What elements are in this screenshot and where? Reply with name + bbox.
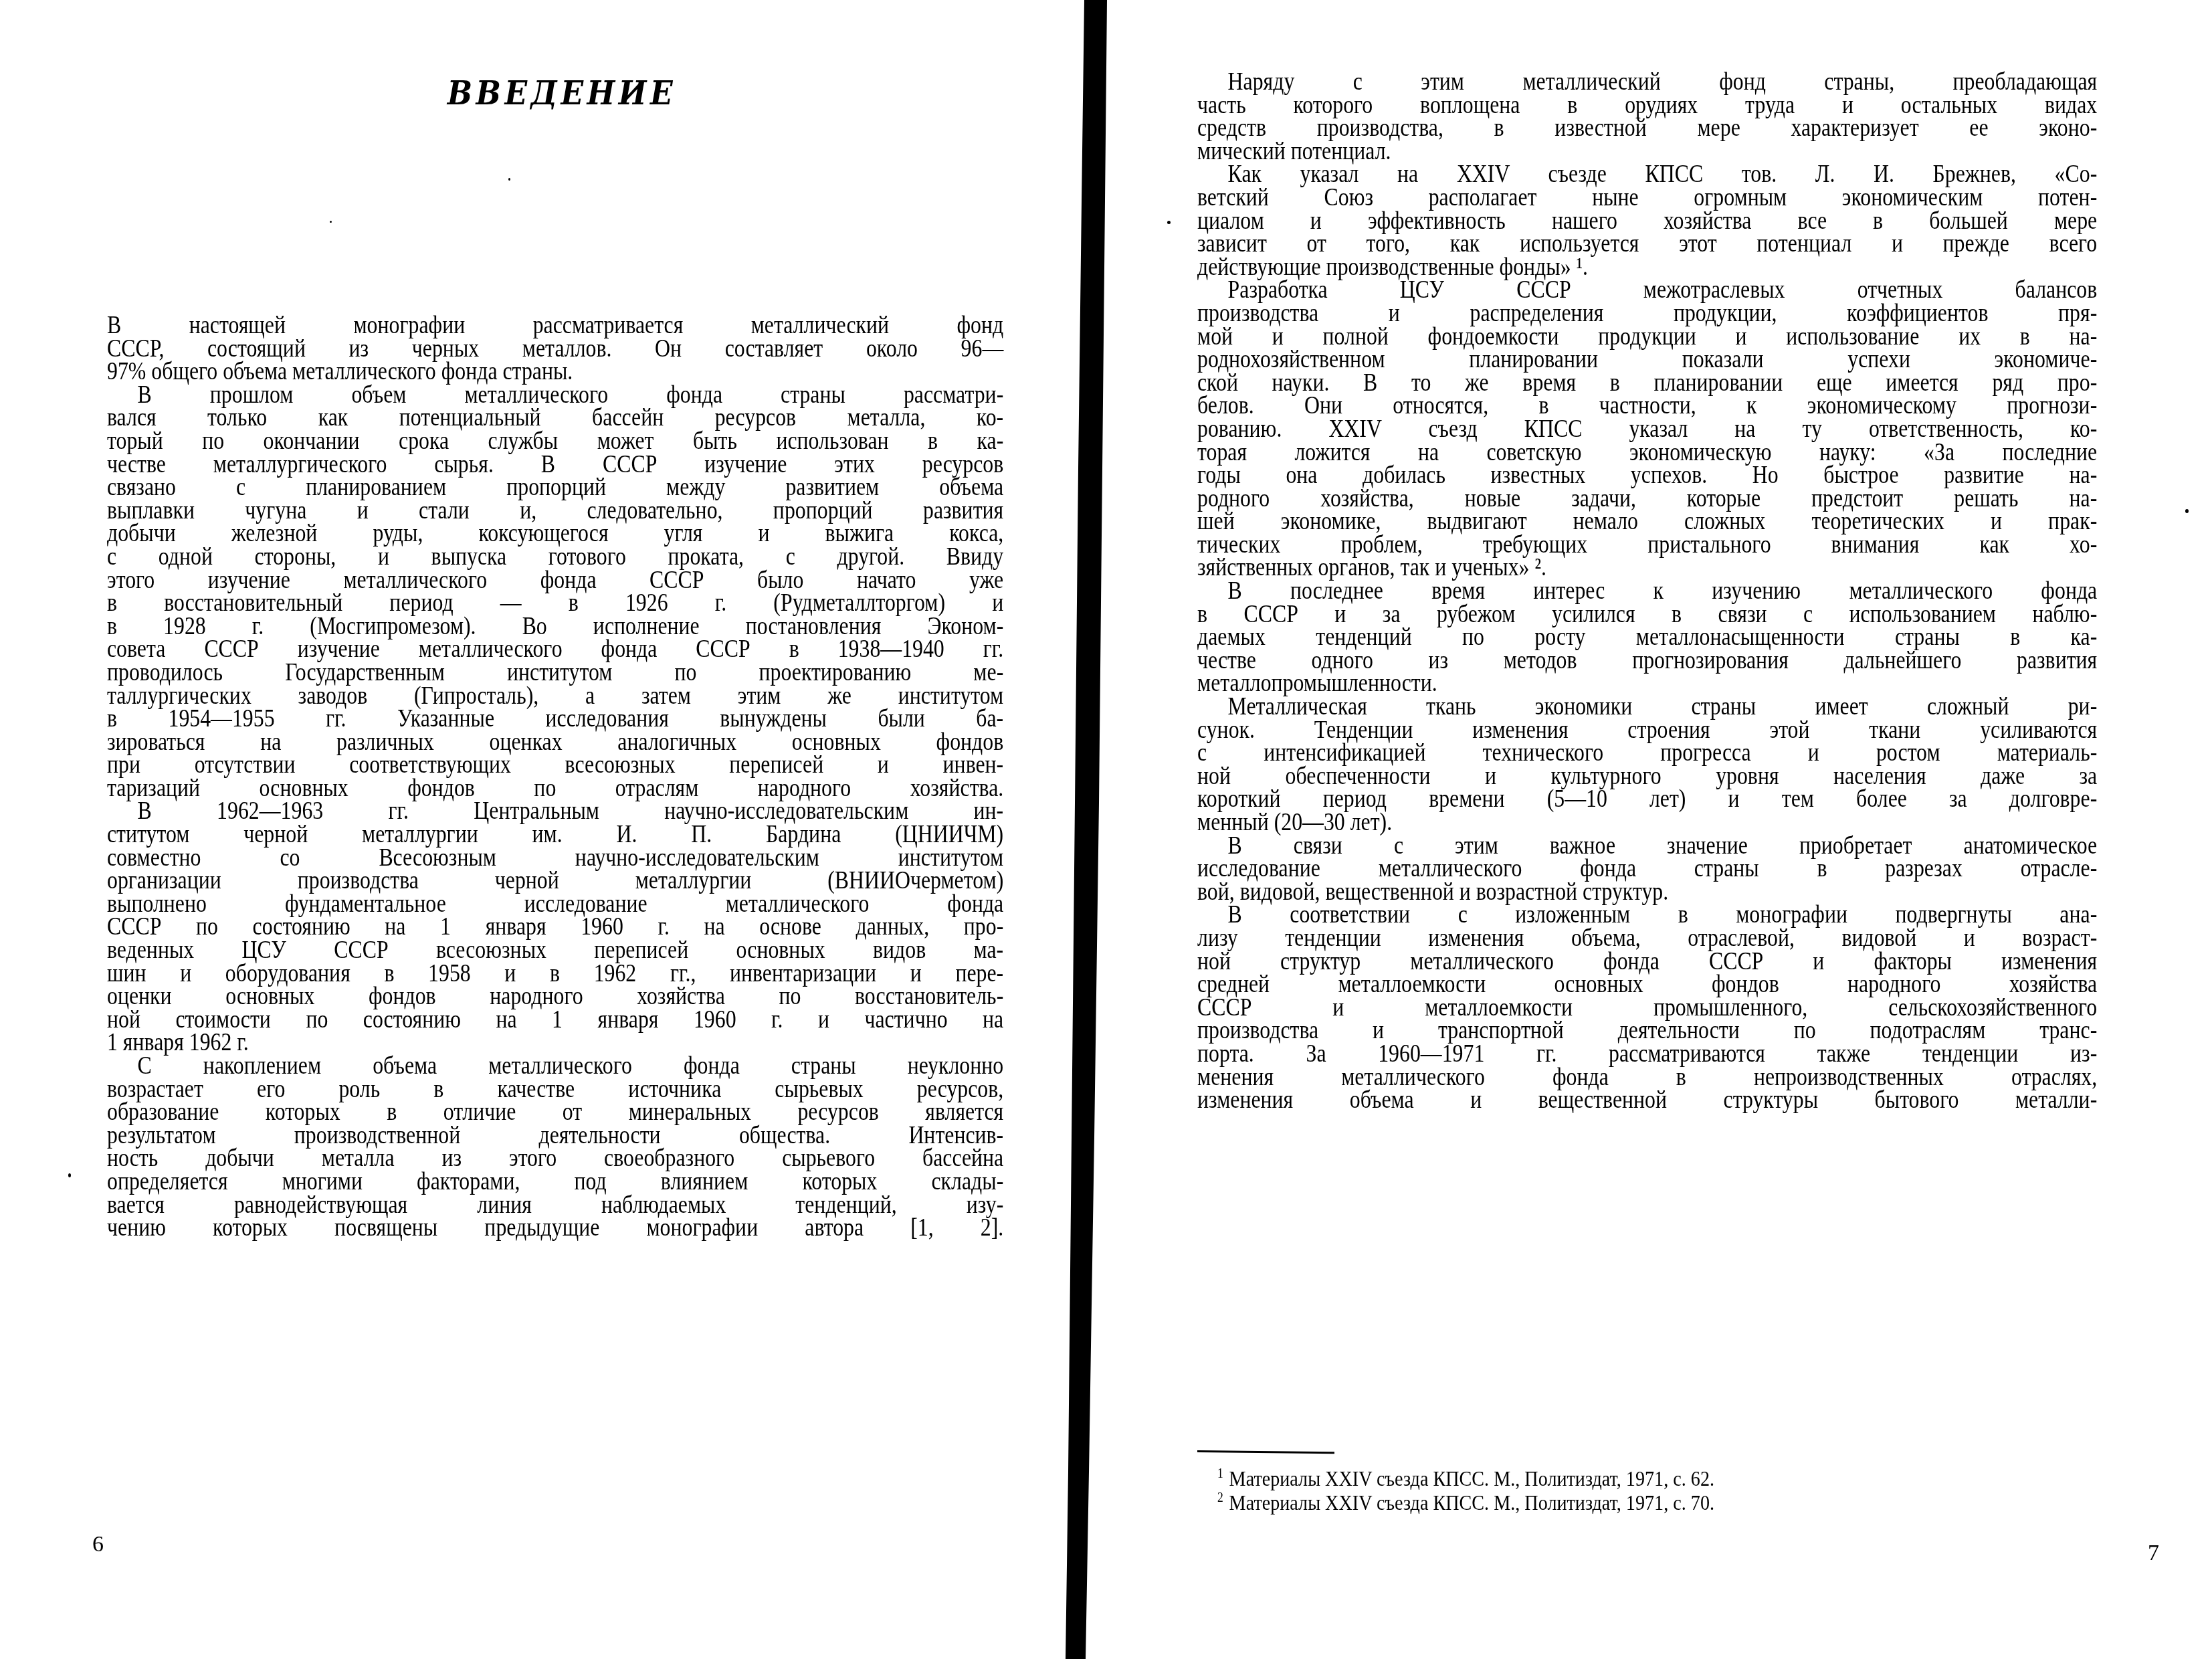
scan-speck bbox=[2185, 509, 2189, 513]
text-line: честве металлургического сырья. В СССР и… bbox=[107, 454, 1003, 477]
footnotes: 1Материалы XXIV съезда КПСС. М., Политиз… bbox=[1217, 1466, 1819, 1515]
text-line: веденных ЦСУ СССР всесоюзных переписей о… bbox=[107, 939, 1003, 963]
text-line: средней металлоемкости основных фондов н… bbox=[1197, 973, 2097, 997]
text-line: В соответствии с изложенным в монографии… bbox=[1197, 904, 2097, 927]
text-line: таризаций основных фондов по отраслям на… bbox=[107, 777, 1003, 801]
text-line: вался только как потенциальный бассейн р… bbox=[107, 407, 1003, 430]
text-line: рованию. XXIV съезд КПСС указал на ту от… bbox=[1197, 418, 2097, 442]
text-line: В прошлом объем металлического фонда стр… bbox=[107, 384, 1003, 407]
text-line: В настоящей монографии рассматривается м… bbox=[107, 314, 1003, 338]
text-line: таллургических заводов (Гипросталь), а з… bbox=[107, 685, 1003, 708]
text-line: менный (20—30 лет). bbox=[1197, 811, 2097, 835]
footnote-2: 2Материалы XXIV съезда КПСС. М., Политиз… bbox=[1217, 1490, 1747, 1515]
text-line: зироваться на различных оценках аналогич… bbox=[107, 731, 1003, 755]
text-line: ной структур металлического фонда СССР и… bbox=[1197, 951, 2097, 974]
footnote-divider bbox=[1197, 1450, 1334, 1454]
text-line: даемых тенденций по росту металлонасыщен… bbox=[1197, 626, 2097, 650]
text-line: средств производства, в известной мере х… bbox=[1197, 117, 2097, 140]
text-line: лизу тенденции изменения объема, отрасле… bbox=[1197, 927, 2097, 951]
text-line: торый по окончании срока службы может бы… bbox=[107, 430, 1003, 454]
text-line: в 1928 г. (Мосгипромезом). Во исполнение… bbox=[107, 615, 1003, 639]
text-line: часть которого воплощена в орудиях труда… bbox=[1197, 94, 2097, 118]
text-line: циалом и эффективность нашего хозяйства … bbox=[1197, 210, 2097, 233]
text-line: ской науки. В то же время в планировании… bbox=[1197, 372, 2097, 395]
text-line: зависит от того, как используется этот п… bbox=[1197, 233, 2097, 256]
text-line: оценки основных фондов народного хозяйст… bbox=[107, 985, 1003, 1009]
text-line: ность добычи металла из этого своеобразн… bbox=[107, 1147, 1003, 1171]
left-page: ВВЕДЕНИЕ В настоящей монографии рассматр… bbox=[0, 0, 1070, 1659]
book-spread: ВВЕДЕНИЕ В настоящей монографии рассматр… bbox=[0, 0, 2212, 1659]
text-line: этого изучение металлического фонда СССР… bbox=[107, 569, 1003, 593]
scan-speck bbox=[330, 221, 332, 223]
text-line: 97% общего объема металлического фонда с… bbox=[107, 361, 1003, 384]
text-line: производства и распределения продукции, … bbox=[1197, 302, 2097, 326]
text-line: образование которых в отличие от минерал… bbox=[107, 1101, 1003, 1125]
text-line: СССР и металлоемкости промышленного, сел… bbox=[1197, 997, 2097, 1020]
text-line: Разработка ЦСУ СССР межотраслевых отчетн… bbox=[1197, 279, 2097, 302]
text-line: роднохозяйственном планировании показали… bbox=[1197, 349, 2097, 372]
right-page-body: Наряду с этим металлический фонд страны,… bbox=[1197, 71, 2097, 1112]
text-line: ной стоимости по состоянию на 1 января 1… bbox=[107, 1009, 1003, 1032]
text-line: добычи железной руды, коксующегося угля … bbox=[107, 522, 1003, 546]
text-line: исследование металлического фонда страны… bbox=[1197, 858, 2097, 881]
text-line: С накоплением объема металлического фонд… bbox=[107, 1055, 1003, 1078]
text-line: выполнено фундаментальное исследование м… bbox=[107, 893, 1003, 916]
footnote-text: Материалы XXIV съезда КПСС. М., Политизд… bbox=[1229, 1490, 1714, 1515]
text-line: производства и транспортной деятельности… bbox=[1197, 1019, 2097, 1043]
text-line: определяется многими факторами, под влия… bbox=[107, 1171, 1003, 1194]
text-line: с интенсификацией технического прогресса… bbox=[1197, 742, 2097, 765]
chapter-title: ВВЕДЕНИЕ bbox=[389, 75, 734, 112]
text-line: годы она добилась известных успехов. Но … bbox=[1197, 464, 2097, 488]
text-line: порта. За 1960—1971 гг. рассматриваются … bbox=[1197, 1043, 2097, 1066]
text-line: ветский Союз располагает ныне огромным э… bbox=[1197, 187, 2097, 210]
text-line: результатом производственной деятельност… bbox=[107, 1125, 1003, 1148]
footnote-mark: 2 bbox=[1217, 1490, 1223, 1505]
text-line: родного хозяйства, новые задачи, которые… bbox=[1197, 488, 2097, 511]
text-line: Металлическая ткань экономики страны име… bbox=[1197, 696, 2097, 719]
text-line: менения металлического фонда в непроизво… bbox=[1197, 1066, 2097, 1090]
scan-speck bbox=[1167, 221, 1171, 224]
text-line: сунок. Тенденции изменения строения этой… bbox=[1197, 719, 2097, 743]
text-line: связано с планированием пропорций между … bbox=[107, 476, 1003, 500]
text-line: чению которых посвящены предыдущие моног… bbox=[107, 1217, 1003, 1240]
text-line: проводилось Государственным институтом п… bbox=[107, 662, 1003, 685]
text-line: совета СССР изучение металлического фонд… bbox=[107, 638, 1003, 662]
text-line: короткий период времени (5—10 лет) и тем… bbox=[1197, 788, 2097, 811]
text-line: мой и полной фондоемкости продукции и ис… bbox=[1197, 326, 2097, 349]
text-line: шей экономике, выдвигают немало сложных … bbox=[1197, 510, 2097, 534]
text-line: В связи с этим важное значение приобрета… bbox=[1197, 835, 2097, 858]
page-number-right: 7 bbox=[2148, 1541, 2159, 1566]
text-line: в восстановительный период — в 1926 г. (… bbox=[107, 592, 1003, 615]
scan-speck bbox=[508, 178, 510, 181]
text-line: СССР, состоящий из черных металлов. Он с… bbox=[107, 338, 1003, 361]
footnote-1: 1Материалы XXIV съезда КПСС. М., Политиз… bbox=[1217, 1466, 1747, 1490]
text-line: В 1962—1963 гг. Центральным научно-иссле… bbox=[107, 800, 1003, 823]
left-page-body: В настоящей монографии рассматривается м… bbox=[107, 314, 1003, 1240]
text-line: белов. Они относятся, в частности, к эко… bbox=[1197, 395, 2097, 418]
text-line: шин и оборудования в 1958 и в 1962 гг., … bbox=[107, 963, 1003, 986]
text-line: СССР по состоянию на 1 января 1960 г. на… bbox=[107, 916, 1003, 939]
text-line: возрастает его роль в качестве источника… bbox=[107, 1078, 1003, 1102]
text-line: вается равнодействующая линия наблюдаемы… bbox=[107, 1194, 1003, 1217]
text-line: совместно со Всесоюзным научно-исследова… bbox=[107, 847, 1003, 870]
text-line: 1 января 1962 г. bbox=[107, 1032, 1003, 1055]
text-line: честве одного из методов прогнозирования… bbox=[1197, 650, 2097, 673]
text-line: тических проблем, требующих пристального… bbox=[1197, 534, 2097, 557]
text-line: выплавки чугуна и стали и, следовательно… bbox=[107, 500, 1003, 523]
text-line: с одной стороны, и выпуска готового прок… bbox=[107, 546, 1003, 569]
text-line: организации производства черной металлур… bbox=[107, 870, 1003, 893]
footnote-mark: 1 bbox=[1217, 1466, 1223, 1481]
text-line: Наряду с этим металлический фонд страны,… bbox=[1197, 71, 2097, 94]
text-line: металлопромышленности. bbox=[1197, 672, 2097, 696]
scan-speck bbox=[68, 1173, 71, 1177]
footnote-text: Материалы XXIV съезда КПСС. М., Политизд… bbox=[1229, 1466, 1714, 1490]
text-line: зяйственных органов, так и ученых» ². bbox=[1197, 557, 2097, 580]
text-line: мический потенциал. bbox=[1197, 140, 2097, 164]
text-line: в СССР и за рубежом усилился в связи с и… bbox=[1197, 603, 2097, 627]
text-line: при отсутствии соответствующих всесоюзны… bbox=[107, 754, 1003, 777]
text-line: ной обеспеченности и культурного уровня … bbox=[1197, 765, 2097, 789]
text-line: В последнее время интерес к изучению мет… bbox=[1197, 580, 2097, 603]
text-line: в 1954—1955 гг. Указанные исследования в… bbox=[107, 708, 1003, 731]
text-line: ститутом черной металлургии им. И. П. Ба… bbox=[107, 823, 1003, 847]
text-line: Как указал на XXIV съезде КПСС тов. Л. И… bbox=[1197, 163, 2097, 187]
text-line: вой, видовой, вещественной и возрастной … bbox=[1197, 881, 2097, 904]
page-number-left: 6 bbox=[92, 1532, 104, 1557]
right-page: Наряду с этим металлический фонд страны,… bbox=[1110, 0, 2212, 1659]
text-line: торая ложится на советскую экономическую… bbox=[1197, 442, 2097, 465]
text-line: изменения объема и вещественной структур… bbox=[1197, 1089, 2097, 1112]
text-line: действующие производственные фонды» ¹. bbox=[1197, 256, 2097, 280]
